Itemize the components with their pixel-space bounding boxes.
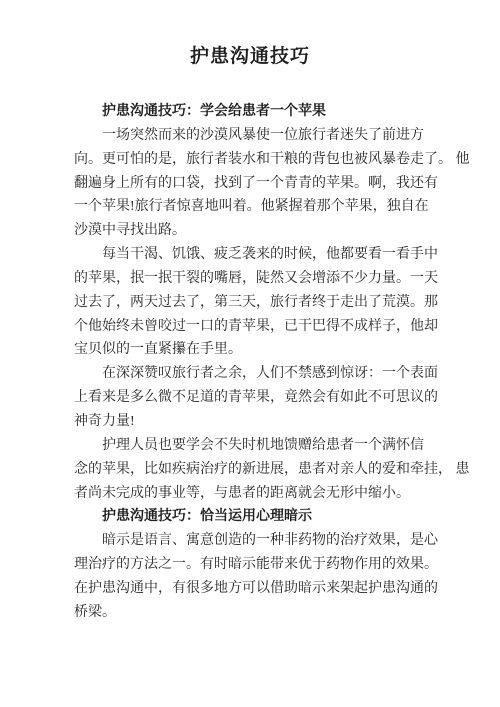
document-title: 护患沟通技巧 bbox=[0, 44, 500, 70]
text-line: 一场突然而来的沙漠风暴使一位旅行者迷失了前进方 bbox=[74, 124, 474, 148]
text-line: 一个苹果!旅行者惊喜地叫着。他紧握着那个苹果，独自在 bbox=[74, 195, 474, 219]
document-page: 护患沟通技巧 护患沟通技巧：学会给患者一个苹果一场突然而来的沙漠风暴使一位旅行者… bbox=[0, 0, 500, 707]
text-line: 上看来是多么微不足道的青苹果，竟然会有如此不可思议的 bbox=[74, 386, 474, 410]
text-line: 神奇力量! bbox=[74, 410, 474, 434]
text-line: 宝贝似的一直紧攥在手里。 bbox=[74, 338, 474, 362]
text-line: 向。更可怕的是，旅行者装水和干粮的背包也被风暴卷走了。 他 bbox=[74, 148, 474, 172]
text-line: 者尚未完成的事业等，与患者的距离就会无形中缩小。 bbox=[74, 482, 474, 506]
text-line: 每当干渴、饥饿、疲乏袭来的时候，他都要看一看手中 bbox=[74, 243, 474, 267]
text-line: 在深深赞叹旅行者之余，人们不禁感到惊讶：一个表面 bbox=[74, 362, 474, 386]
text-line: 翻遍身上所有的口袋，找到了一个青青的苹果。啊，我还有 bbox=[74, 172, 474, 196]
text-line: 护理人员也要学会不失时机地馈赠给患者一个满怀信 bbox=[74, 434, 474, 458]
section-heading-line: 护患沟通技巧：学会给患者一个苹果 bbox=[74, 100, 474, 124]
text-line: 过去了，两天过去了，第三天，旅行者终于走出了荒漠。那 bbox=[74, 291, 474, 315]
text-line: 沙漠中寻找出路。 bbox=[74, 219, 474, 243]
text-line: 的苹果，抿一抿干裂的嘴唇，陡然又会增添不少力量。一天 bbox=[74, 267, 474, 291]
text-line: 暗示是语言、寓意创造的一种非药物的治疗效果，是心 bbox=[74, 529, 474, 553]
text-line: 在护患沟通中，有很多地方可以借助暗示来架起护患沟通的 bbox=[74, 577, 474, 601]
text-line: 个他始终未曾咬过一口的青苹果，已干巴得不成样子，他却 bbox=[74, 315, 474, 339]
text-line: 理治疗的方法之一。有时暗示能带来优于药物作用的效果。 bbox=[74, 553, 474, 577]
text-line: 念的苹果，比如疾病治疗的新进展，患者对亲人的爱和牵挂， 患 bbox=[74, 458, 474, 482]
section-heading-line: 护患沟通技巧：恰当运用心理暗示 bbox=[74, 505, 474, 529]
document-body: 护患沟通技巧：学会给患者一个苹果一场突然而来的沙漠风暴使一位旅行者迷失了前进方向… bbox=[74, 100, 474, 625]
text-line: 桥梁。 bbox=[74, 601, 474, 625]
